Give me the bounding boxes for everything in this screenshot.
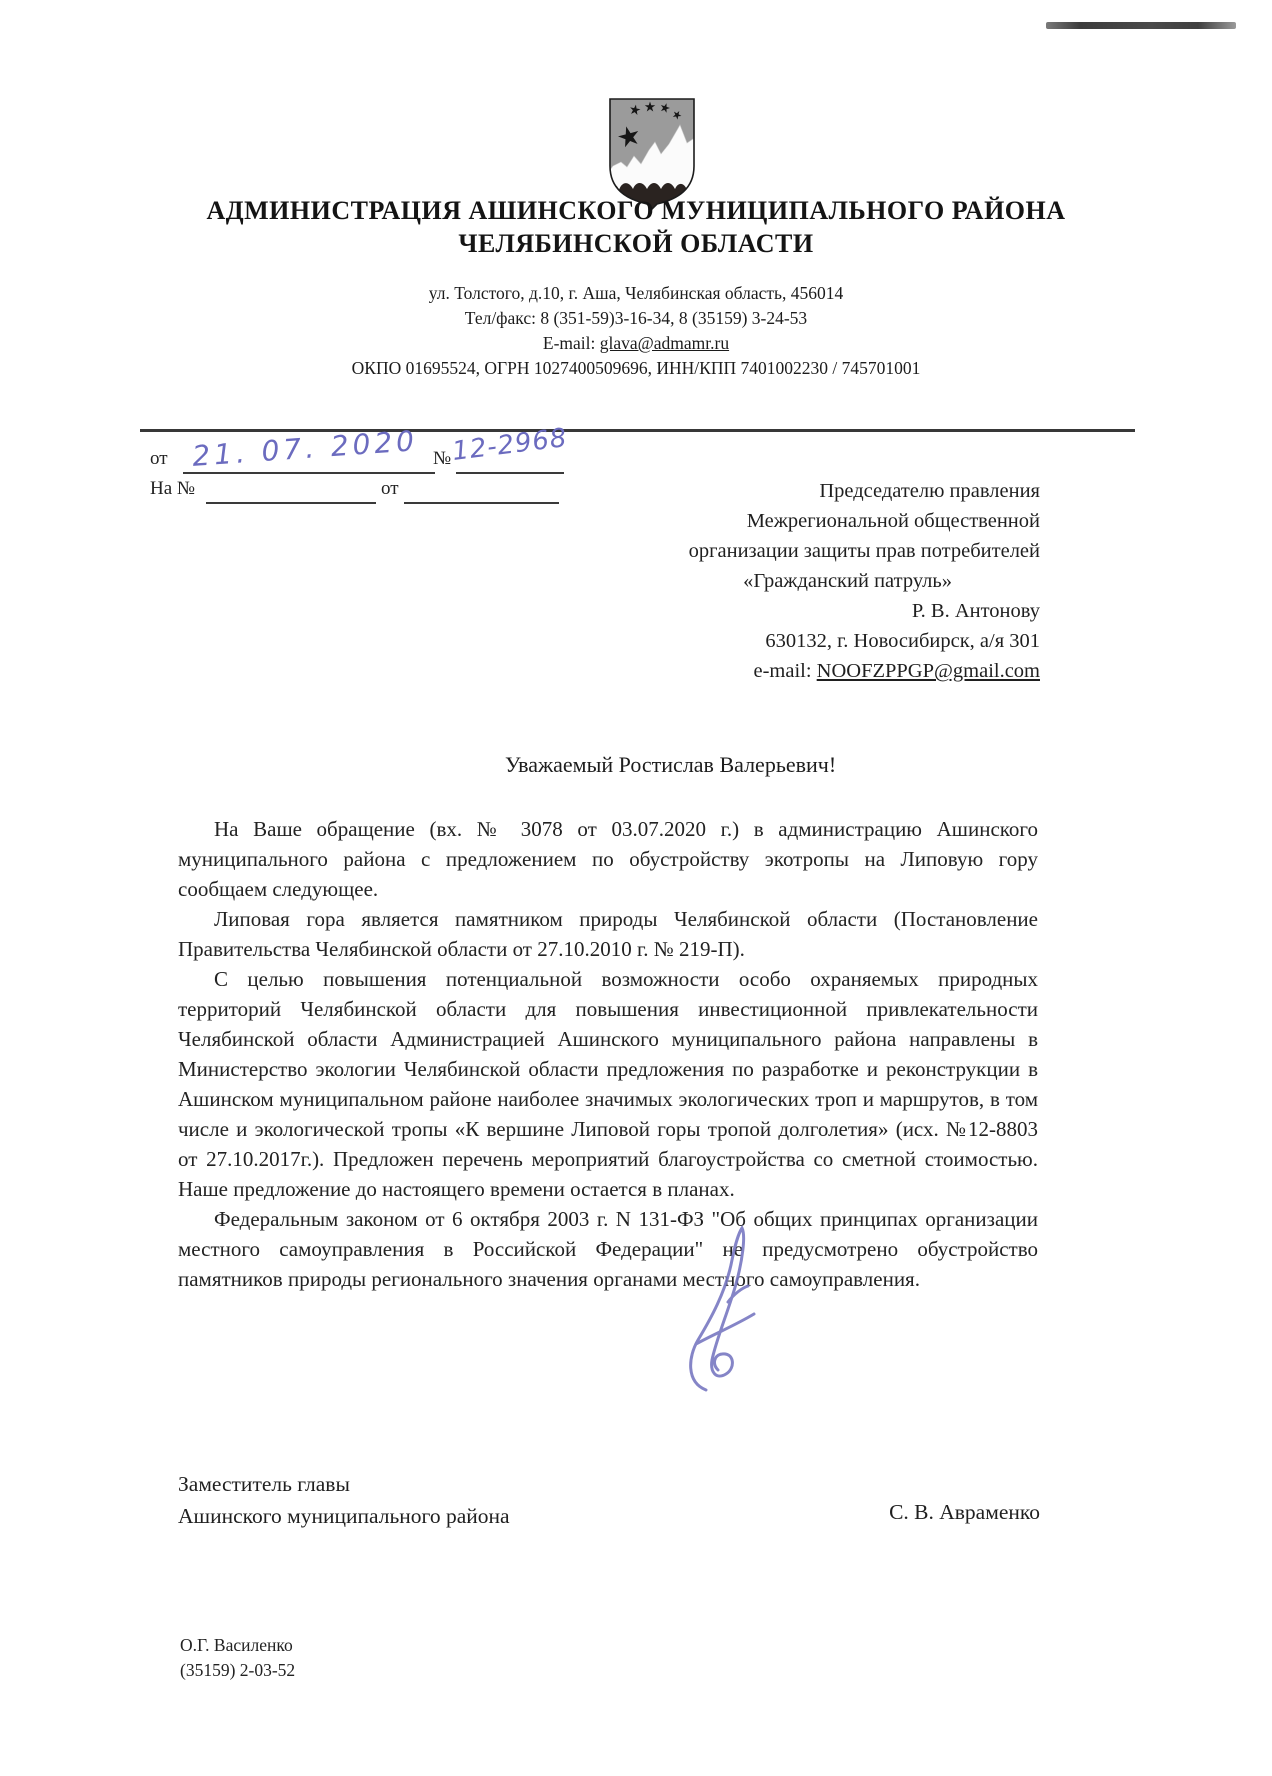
- executor-block: О.Г. Василенко (35159) 2-03-52: [180, 1633, 295, 1683]
- org-email-line: E-mail: glava@admamr.ru: [0, 331, 1272, 356]
- header-divider: [140, 429, 1135, 432]
- body-paragraph: На Ваше обращение (вх. № 3078 от 03.07.2…: [178, 814, 1038, 904]
- body-paragraph: С целью повышения потенциальной возможно…: [178, 964, 1038, 1204]
- addressee-email-line: e-mail: NOOFZPPGP@gmail.com: [520, 656, 1040, 686]
- executor-name: О.Г. Василенко: [180, 1633, 295, 1658]
- addressee-email: NOOFZPPGP@gmail.com: [817, 660, 1040, 682]
- executor-phone: (35159) 2-03-52: [180, 1658, 295, 1683]
- addressee-line: «Гражданский патруль»: [520, 566, 1040, 596]
- ref-reply-number-underline: [206, 476, 376, 504]
- ref-reply-from-label: от: [381, 478, 399, 500]
- salutation: Уважаемый Ростислав Валерьевич!: [505, 752, 836, 778]
- scanned-letter-page: АДМИНИСТРАЦИЯ АШИНСКОГО МУНИЦИПАЛЬНОГО Р…: [0, 0, 1272, 1776]
- ref-number-label: №: [433, 448, 451, 470]
- addressee-line: организации защиты прав потребителей: [520, 536, 1040, 566]
- body-paragraph: Федеральным законом от 6 октября 2003 г.…: [178, 1204, 1038, 1294]
- signer-title-line2: Ашинского муниципального района: [178, 1500, 510, 1532]
- coat-of-arms-icon: [607, 96, 697, 210]
- org-title-line2: ЧЕЛЯБИНСКОЙ ОБЛАСТИ: [0, 227, 1272, 260]
- ref-reply-label: На №: [150, 478, 195, 500]
- scan-artifact-streak: [1046, 22, 1236, 29]
- signer-name: С. В. Авраменко: [700, 1500, 1040, 1525]
- org-contact-block: ул. Толстого, д.10, г. Аша, Челябинская …: [0, 281, 1272, 381]
- body-paragraph: Липовая гора является памятником природы…: [178, 904, 1038, 964]
- signer-title-block: Заместитель главы Ашинского муниципально…: [178, 1468, 510, 1532]
- addressee-line: Межрегиональной общественной: [520, 506, 1040, 536]
- addressee-line: Р. В. Антонову: [520, 596, 1040, 626]
- org-phone: Тел/факс: 8 (351-59)3-16-34, 8 (35159) 3…: [0, 306, 1272, 331]
- handwritten-signature: [668, 1222, 778, 1397]
- addressee-line: 630132, г. Новосибирск, а/я 301: [520, 626, 1040, 656]
- ref-from-label: от: [150, 448, 168, 470]
- org-title-line1: АДМИНИСТРАЦИЯ АШИНСКОГО МУНИЦИПАЛЬНОГО Р…: [0, 194, 1272, 227]
- org-email: glava@admamr.ru: [600, 333, 729, 353]
- letter-body: На Ваше обращение (вх. № 3078 от 03.07.2…: [178, 814, 1038, 1294]
- addressee-block: Председателю правления Межрегиональной о…: [520, 476, 1040, 686]
- addressee-email-label: e-mail:: [753, 660, 816, 682]
- org-registry: ОКПО 01695524, ОГРН 1027400509696, ИНН/К…: [0, 356, 1272, 381]
- signer-title-line1: Заместитель главы: [178, 1468, 510, 1500]
- org-title: АДМИНИСТРАЦИЯ АШИНСКОГО МУНИЦИПАЛЬНОГО Р…: [0, 194, 1272, 260]
- addressee-line: Председателю правления: [520, 476, 1040, 506]
- org-email-label: E-mail:: [543, 333, 600, 353]
- org-address: ул. Толстого, д.10, г. Аша, Челябинская …: [0, 281, 1272, 306]
